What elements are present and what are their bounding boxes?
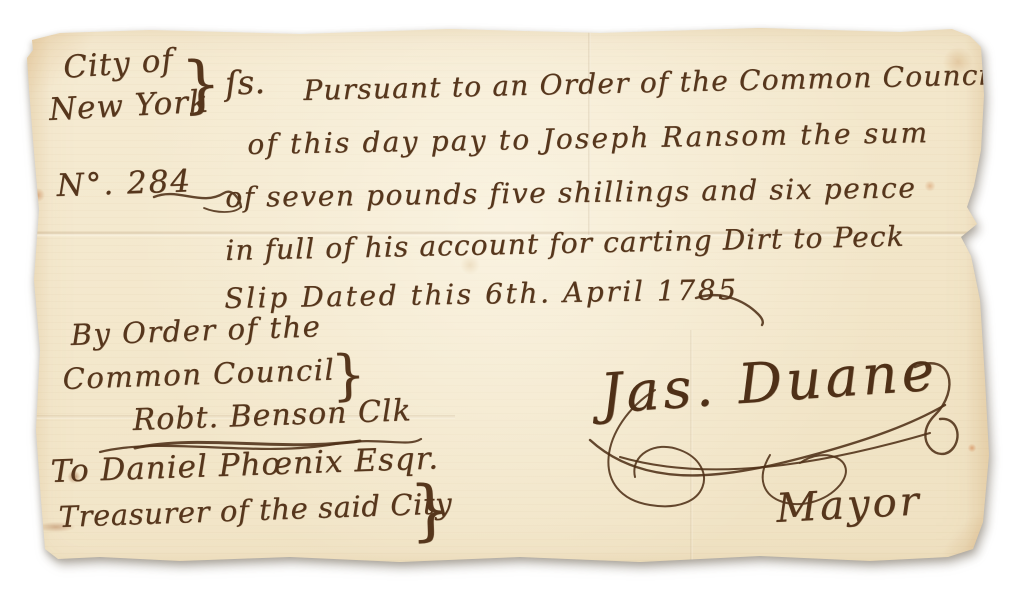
paper-shadow-wrap: City of New York } ſs. N°. 284 Pursuant … xyxy=(0,0,1020,600)
header-brace: } xyxy=(180,47,222,121)
mayor-signature-name: Jas. Duane xyxy=(598,338,940,425)
docket-number: N°. 284 xyxy=(56,163,193,204)
body-line-3: of seven pounds five shillings and six p… xyxy=(225,171,917,214)
document-paper: City of New York } ſs. N°. 284 Pursuant … xyxy=(0,0,1020,600)
addressee-brace: } xyxy=(408,471,453,549)
clerk-signature: Robt. Benson Clk xyxy=(132,393,412,438)
body-line-5: Slip Dated this 6th. April 1785 xyxy=(224,273,739,315)
jurat-ss-mark: ſs. xyxy=(224,62,266,103)
body-line-1: Pursuant to an Order of the Common Counc… xyxy=(303,58,999,107)
mayor-title: Mayor xyxy=(775,478,923,532)
order-clause-line-2: Common Council xyxy=(62,352,336,395)
addressee-line-1: To Daniel Phœnix Esqr. xyxy=(50,440,439,490)
addressee-line-2: Treasurer of the said City xyxy=(58,486,453,534)
body-line-2: of this day pay to Joseph Ransom the sum xyxy=(247,116,930,161)
body-line-4: in full of his account for carting Dirt … xyxy=(225,220,905,267)
scanned-document-view: City of New York } ſs. N°. 284 Pursuant … xyxy=(0,0,1020,600)
place-line-1: City of xyxy=(62,42,175,86)
order-clause-line-1: By Order of the xyxy=(70,309,322,352)
